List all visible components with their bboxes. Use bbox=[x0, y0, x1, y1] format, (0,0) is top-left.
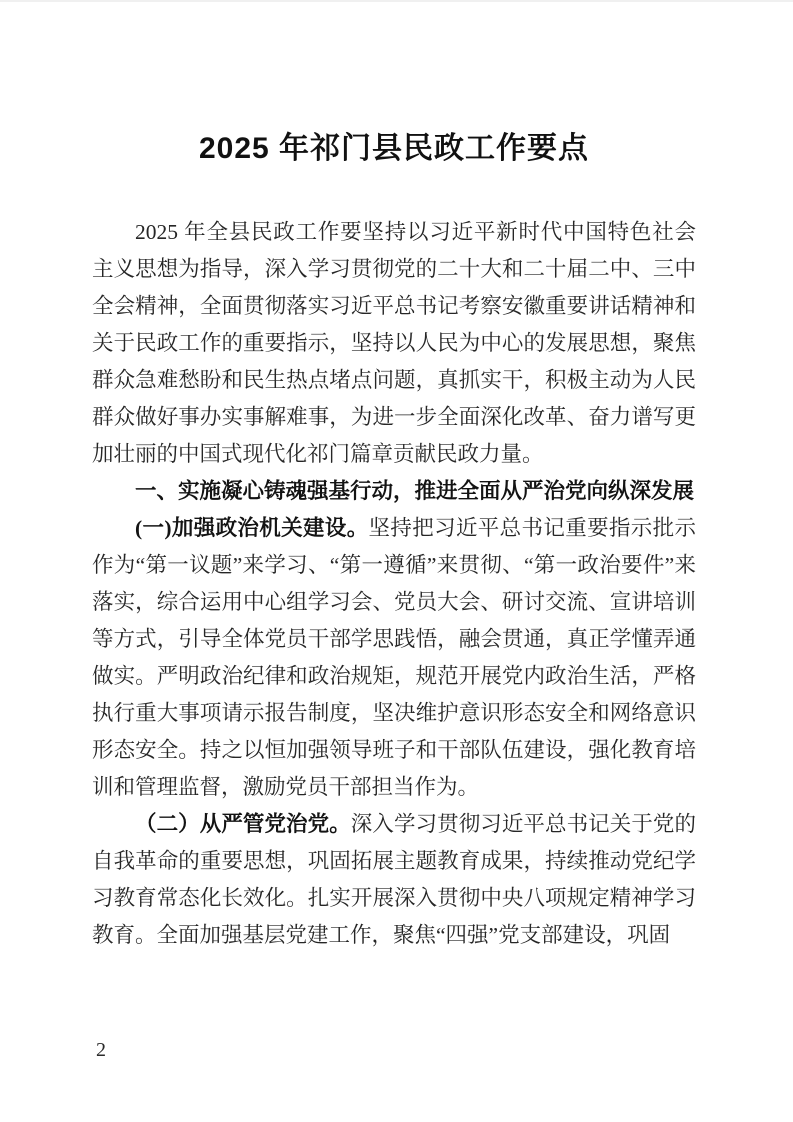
section-1-item-2: （二）从严管党治党。深入学习贯彻习近平总书记关于党的自我革命的重要思想，巩固拓展… bbox=[92, 806, 696, 954]
document-body: 2025 年祁门县民政工作要点 2025 年全县民政工作要坚持以习近平新时代中国… bbox=[92, 128, 696, 954]
section-1-item-1-text: 坚持把习近平总书记重要指示批示作为“第一议题”来学习、“第一遵循”来贯彻、“第一… bbox=[92, 516, 696, 799]
intro-paragraph: 2025 年全县民政工作要坚持以习近平新时代中国特色社会主义思想为指导，深入学习… bbox=[92, 214, 696, 473]
document-page: 2025 年祁门县民政工作要点 2025 年全县民政工作要坚持以习近平新时代中国… bbox=[0, 0, 793, 1122]
page-number: 2 bbox=[96, 1038, 106, 1062]
section-1-item-1-lead: (一)加强政治机关建设。 bbox=[135, 516, 369, 540]
document-title: 2025 年祁门县民政工作要点 bbox=[92, 128, 696, 170]
section-1-item-1: (一)加强政治机关建设。坚持把习近平总书记重要指示批示作为“第一议题”来学习、“… bbox=[92, 510, 696, 806]
section-1-item-2-lead: （二）从严管党治党。 bbox=[135, 812, 351, 836]
section-1-heading: 一、实施凝心铸魂强基行动，推进全面从严治党向纵深发展 bbox=[92, 473, 696, 510]
